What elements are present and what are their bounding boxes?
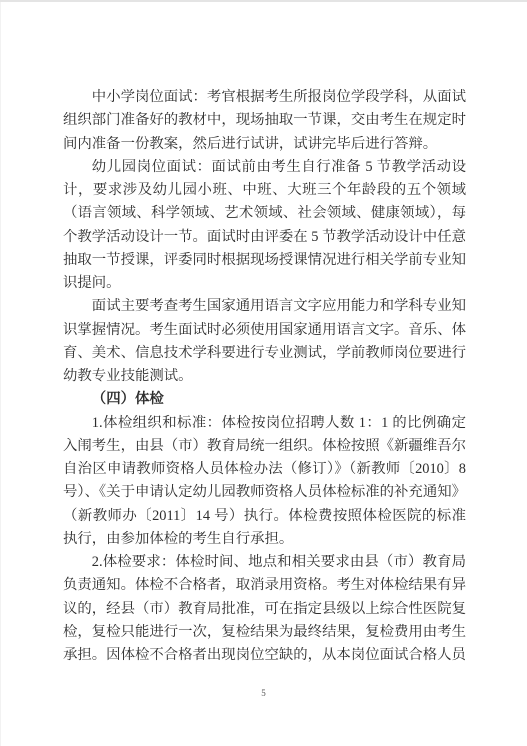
document-page: 中小学岗位面试：考官根据考生所报岗位学段学科，从面试组织部门准备好的教材中，现场… bbox=[0, 0, 527, 746]
paragraph-exam-requirements: 2.体检要求：体检时间、地点和相关要求由县（市）教育局负责通知。体检不合格者，取… bbox=[63, 551, 466, 667]
paragraph-interview-primary-secondary: 中小学岗位面试：考官根据考生所报岗位学段学科，从面试组织部门准备好的教材中，现场… bbox=[63, 86, 466, 156]
page-body: 中小学岗位面试：考官根据考生所报岗位学段学科，从面试组织部门准备好的教材中，现场… bbox=[63, 86, 466, 667]
paragraph-interview-kindergarten: 幼儿园岗位面试：面试前由考生自行准备 5 节教学活动设计，要求涉及幼儿园小班、中… bbox=[63, 156, 466, 296]
paragraph-exam-organization-standards: 1.体检组织和标准：体检按岗位招聘人数 1：1 的比例确定入闱考生，由县（市）教… bbox=[63, 412, 466, 552]
paragraph-interview-language-requirements: 面试主要考查考生国家通用语言文字应用能力和学科专业知识掌握情况。考生面试时必须使… bbox=[63, 295, 466, 388]
page-number: 5 bbox=[0, 688, 527, 698]
section-heading-physical-exam: （四）体检 bbox=[63, 388, 466, 411]
